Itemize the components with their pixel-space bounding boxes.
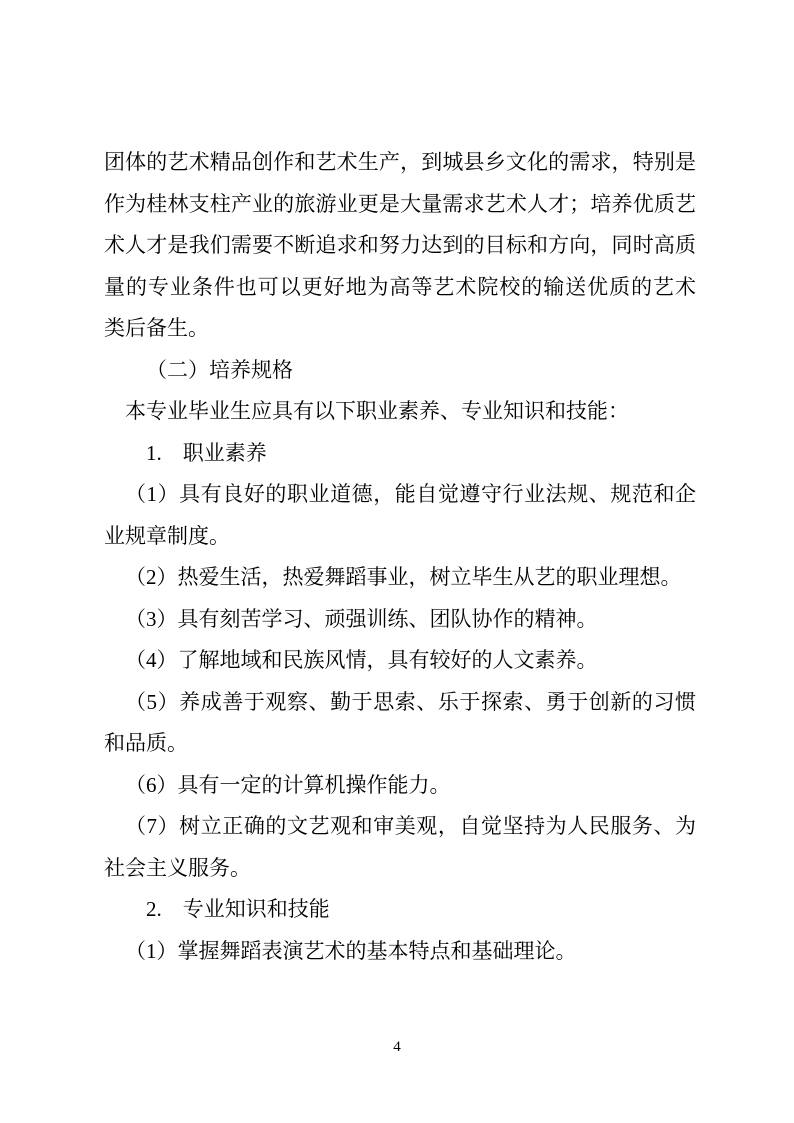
document-body: 团体的艺术精品创作和艺术生产，到城县乡文化的需求，特别是作为桂林支柱产业的旅游业… (104, 142, 696, 972)
text-line: （6）具有一定的计算机操作能力。 (104, 765, 696, 807)
document-page: 团体的艺术精品创作和艺术生产，到城县乡文化的需求，特别是作为桂林支柱产业的旅游业… (0, 0, 794, 1123)
text-line: 本专业毕业生应具有以下职业素养、专业知识和技能： (104, 391, 696, 433)
page-number: 4 (0, 1037, 794, 1057)
text-line: （1）掌握舞蹈表演艺术的基本特点和基础理论。 (104, 931, 696, 973)
text-line: 社会主义服务。 (104, 848, 696, 890)
text-line: 作为桂林支柱产业的旅游业更是大量需求艺术人才；培养优质艺 (104, 184, 696, 226)
text-line: 2. 专业知识和技能 (104, 889, 696, 931)
text-line: （1）具有良好的职业道德，能自觉遵守行业法规、规范和企 (104, 474, 696, 516)
text-line: 团体的艺术精品创作和艺术生产，到城县乡文化的需求，特别是 (104, 142, 696, 184)
text-line: （2）热爱生活，热爱舞蹈事业，树立毕生从艺的职业理想。 (104, 557, 696, 599)
text-line: （4）了解地域和民族风情，具有较好的人文素养。 (104, 640, 696, 682)
text-line: （5）养成善于观察、勤于思索、乐于探索、勇于创新的习惯 (104, 682, 696, 724)
text-line: 1. 职业素养 (104, 433, 696, 475)
text-line: 术人才是我们需要不断追求和努力达到的目标和方向，同时高质 (104, 225, 696, 267)
text-line: （3）具有刻苦学习、顽强训练、团队协作的精神。 (104, 599, 696, 641)
text-line: 业规章制度。 (104, 516, 696, 558)
text-line: 和品质。 (104, 723, 696, 765)
text-line: （二）培养规格 (104, 350, 696, 392)
text-line: 量的专业条件也可以更好地为高等艺术院校的输送优质的艺术 (104, 267, 696, 309)
text-line: （7）树立正确的文艺观和审美观，自觉坚持为人民服务、为 (104, 806, 696, 848)
text-line: 类后备生。 (104, 308, 696, 350)
